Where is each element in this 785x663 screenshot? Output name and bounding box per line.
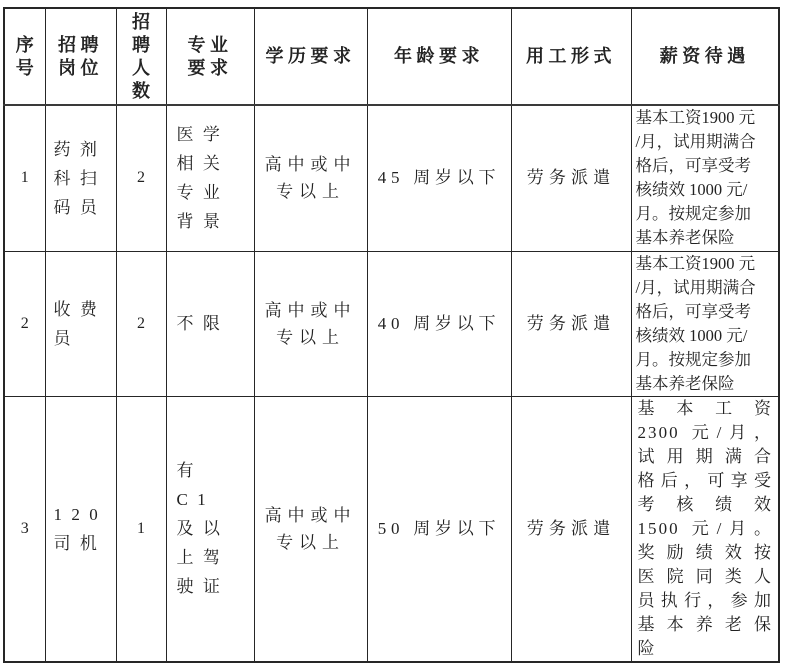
table-row: 2 收费 员 2 不限 高中或中 专以上 40 周岁以下 劳务派遣 基本工资19… xyxy=(4,251,779,396)
header-major-req: 专业 要求 xyxy=(166,8,254,105)
header-salary: 薪资待遇 xyxy=(631,8,779,105)
cell-seq-no: 3 xyxy=(4,396,45,662)
cell-education-req: 高中或中 专以上 xyxy=(254,251,367,396)
header-headcount: 招 聘 人 数 xyxy=(116,8,166,105)
table-row: 3 120 司机 1 有 C1 及以 上驾 驶证 高中或中 专以上 50 周岁以… xyxy=(4,396,779,662)
header-row: 序 号 招聘 岗位 招 聘 人 数 专业 要求 学历要求 年龄要求 用工形式 薪… xyxy=(4,8,779,105)
cell-education-req: 高中或中 专以上 xyxy=(254,105,367,251)
cell-education-req: 高中或中 专以上 xyxy=(254,396,367,662)
cell-age-req: 40 周岁以下 xyxy=(367,251,511,396)
cell-age-req: 50 周岁以下 xyxy=(367,396,511,662)
table-row: 1 药剂 科扫 码员 2 医学 相关 专业 背景 高中或中 专以上 45 周岁以… xyxy=(4,105,779,251)
cell-age-req: 45 周岁以下 xyxy=(367,105,511,251)
header-employment-type: 用工形式 xyxy=(511,8,631,105)
cell-seq-no: 1 xyxy=(4,105,45,251)
cell-employment-type: 劳务派遣 xyxy=(511,251,631,396)
cell-salary: 基本工资1900 元 /月，试用期满合 格后，可享受考 核绩效 1000 元/ … xyxy=(631,251,779,396)
cell-position: 收费 员 xyxy=(45,251,116,396)
cell-employment-type: 劳务派遣 xyxy=(511,396,631,662)
cell-position: 120 司机 xyxy=(45,396,116,662)
cell-headcount: 2 xyxy=(116,251,166,396)
cell-salary: 基本工资 2300 元/月， 试用期满合 格后，可享受 考核绩效 1500 元/… xyxy=(631,396,779,662)
cell-major-req: 有 C1 及以 上驾 驶证 xyxy=(166,396,254,662)
cell-salary: 基本工资1900 元 /月，试用期满合 格后，可享受考 核绩效 1000 元/ … xyxy=(631,105,779,251)
cell-seq-no: 2 xyxy=(4,251,45,396)
cell-employment-type: 劳务派遣 xyxy=(511,105,631,251)
cell-headcount: 1 xyxy=(116,396,166,662)
cell-major-req: 医学 相关 专业 背景 xyxy=(166,105,254,251)
header-age-req: 年龄要求 xyxy=(367,8,511,105)
cell-headcount: 2 xyxy=(116,105,166,251)
header-position: 招聘 岗位 xyxy=(45,8,116,105)
recruitment-table: 序 号 招聘 岗位 招 聘 人 数 专业 要求 学历要求 年龄要求 用工形式 薪… xyxy=(3,7,780,663)
cell-major-req: 不限 xyxy=(166,251,254,396)
header-education-req: 学历要求 xyxy=(254,8,367,105)
cell-position: 药剂 科扫 码员 xyxy=(45,105,116,251)
header-seq-no: 序 号 xyxy=(4,8,45,105)
